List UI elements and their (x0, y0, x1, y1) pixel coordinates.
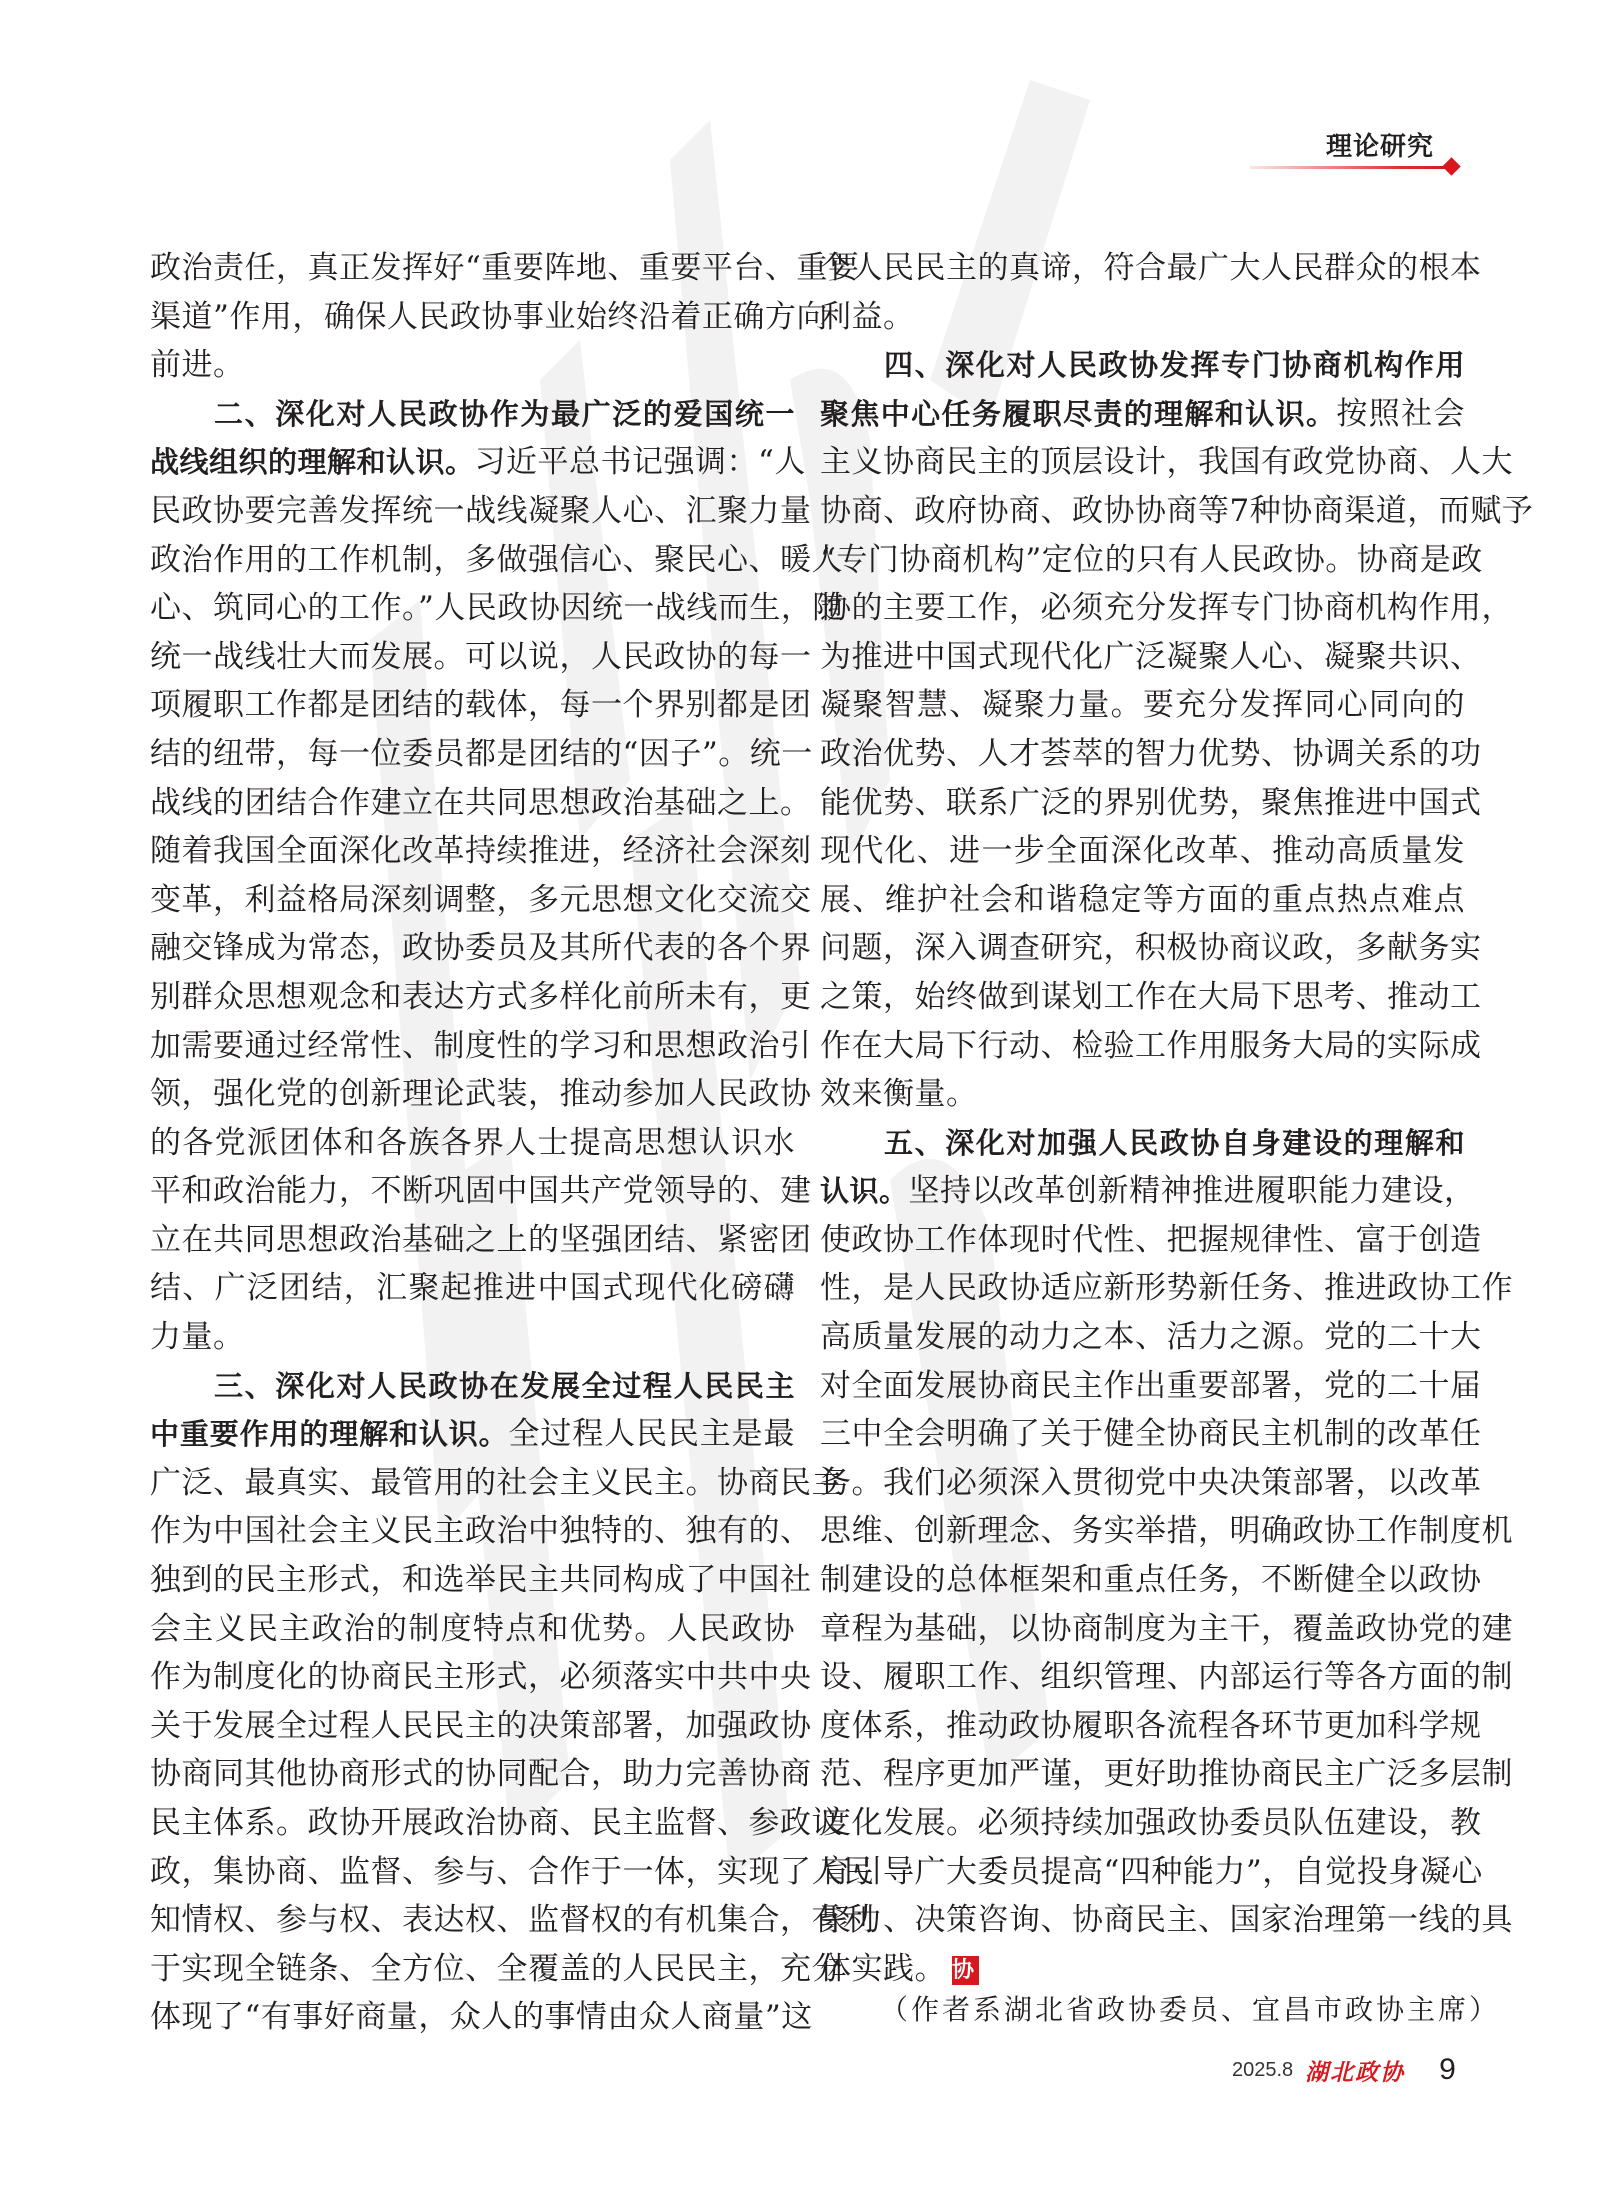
text-line: 随着我国全面深化改革持续推进，经济社会深刻 (150, 827, 795, 876)
section-header: 理论研究 (1250, 118, 1470, 178)
body-text: 个人民民主的真谛，符合最广大人民群众的根本 (820, 250, 1482, 286)
body-text: 融交锋成为常态，政协委员及其所代表的各个界 (150, 930, 812, 966)
text-line: 作为制度化的协商民主形式，必须落实中共中央 (150, 1653, 795, 1702)
text-line: 于实现全链条、全方位、全覆盖的人民民主，充分 (150, 1945, 795, 1994)
body-text: 作在大局下行动、检验工作用服务大局的实际成 (820, 1028, 1482, 1064)
section-heading: 二、深化对人民政协作为最广泛的爱国统一 (214, 397, 795, 431)
text-line: 性，是人民政协适应新形势新任务、推进政协工作 (820, 1264, 1465, 1313)
author-byline: （作者系湖北省政协委员、宜昌市政协主席） (880, 1988, 1500, 2028)
text-line: 现代化、进一步全面深化改革、推动高质量发 (820, 827, 1465, 876)
text-line: 平和政治能力，不断巩固中国共产党领导的、建 (150, 1167, 795, 1216)
body-text: 之策，始终做到谋划工作在大局下思考、推动工 (820, 979, 1482, 1015)
text-line: 育引导广大委员提高“四种能力”，自觉投身凝心 (820, 1848, 1465, 1897)
body-text: 效来衡量。 (820, 1076, 978, 1112)
body-text: 加需要通过经常性、制度性的学习和思想政治引 (150, 1028, 812, 1064)
text-line: 前进。 (150, 341, 795, 390)
text-line: 章程为基础，以协商制度为主干，覆盖政协党的建 (820, 1605, 1465, 1654)
end-mark-icon: 协 (952, 1956, 979, 1985)
text-line: 政，集协商、监督、参与、合作于一体，实现了人民 (150, 1848, 795, 1897)
text-line: 展、维护社会和谐稳定等方面的重点热点难点 (820, 876, 1465, 925)
body-text: 主义协商民主的顶层设计，我国有政党协商、人大 (820, 444, 1513, 480)
text-line: 设、履职工作、组织管理、内部运行等各方面的制 (820, 1653, 1465, 1702)
text-line: 作为中国社会主义民主政治中独特的、独有的、 (150, 1507, 795, 1556)
text-line: 范、程序更加严谨，更好助推协商民主广泛多层制 (820, 1750, 1465, 1799)
text-line: 结、广泛团结，汇聚起推进中国式现代化磅礴 (150, 1264, 795, 1313)
body-text: 设、履职工作、组织管理、内部运行等各方面的制 (820, 1659, 1513, 1695)
body-text: 力量。 (150, 1319, 245, 1355)
body-text: 思维、创新理念、务实举措，明确政协工作制度机 (820, 1513, 1513, 1549)
text-line: 政治责任，真正发挥好“重要阵地、重要平台、重要 (150, 244, 795, 293)
text-line: 战线组织的理解和认识。习近平总书记强调：“人 (150, 438, 795, 487)
text-line: 政治优势、人才荟萃的智力优势、协调关系的功 (820, 730, 1465, 779)
text-line: 聚力、决策咨询、协商民主、国家治理第一线的具 (820, 1896, 1465, 1945)
section-heading: 四、深化对人民政协发挥专门协商机构作用 (884, 348, 1465, 382)
text-line: 为推进中国式现代化广泛凝聚人心、凝聚共识、 (820, 633, 1465, 682)
body-text: 高质量发展的动力之本、活力之源。党的二十大 (820, 1319, 1482, 1355)
body-text: 章程为基础，以协商制度为主干，覆盖政协党的建 (820, 1611, 1513, 1647)
text-line: 融交锋成为常态，政协委员及其所代表的各个界 (150, 924, 795, 973)
text-line: 变革，利益格局深刻调整，多元思想文化交流交 (150, 876, 795, 925)
text-line: 之策，始终做到谋划工作在大局下思考、推动工 (820, 973, 1465, 1022)
body-text: 范、程序更加严谨，更好助推协商民主广泛多层制 (820, 1756, 1513, 1792)
text-line: 三中全会明确了关于健全协商民主机制的改革任 (820, 1410, 1465, 1459)
text-line: 关于发展全过程人民民主的决策部署，加强政协 (150, 1702, 795, 1751)
section-heading: 认识。 (820, 1174, 909, 1208)
body-text: 结的纽带，每一位委员都是团结的“因子”。统一 (150, 736, 813, 772)
body-text: 随着我国全面深化改革持续推进，经济社会深刻 (150, 833, 812, 869)
text-line: 渠道”作用，确保人民政协事业始终沿着正确方向 (150, 293, 795, 342)
text-line: 制建设的总体框架和重点任务，不断健全以政协 (820, 1556, 1465, 1605)
body-text: 作为中国社会主义民主政治中独特的、独有的、 (150, 1513, 812, 1549)
text-line: 别群众思想观念和表达方式多样化前所未有，更 (150, 973, 795, 1022)
text-line: 民主体系。政协开展政治协商、民主监督、参政议 (150, 1799, 795, 1848)
text-line: 使政协工作体现时代性、把握规律性、富于创造 (820, 1216, 1465, 1265)
text-line: 中重要作用的理解和认识。全过程人民民主是最 (150, 1410, 795, 1459)
body-text: 使政协工作体现时代性、把握规律性、富于创造 (820, 1222, 1482, 1258)
body-text: 立在共同思想政治基础之上的坚强团结、紧密团 (150, 1222, 812, 1258)
body-text: 民政协要完善发挥统一战线凝聚人心、汇聚力量 (150, 493, 812, 529)
body-text: 广泛、最真实、最管用的社会主义民主。协商民主 (150, 1465, 843, 1501)
body-text: 统一战线壮大而发展。可以说，人民政协的每一 (150, 639, 812, 675)
text-line: 心、筑同心的工作。”人民政协因统一战线而生，随 (150, 584, 795, 633)
body-text: 度体系，推动政协履职各流程各环节更加科学规 (820, 1708, 1482, 1744)
body-text: 协商同其他协商形式的协同配合，助力完善协商 (150, 1756, 812, 1792)
text-line: 力量。 (150, 1313, 795, 1362)
text-line: 二、深化对人民政协作为最广泛的爱国统一 (150, 390, 795, 439)
body-text: 性，是人民政协适应新形势新任务、推进政协工作 (820, 1270, 1513, 1306)
text-line: 三、深化对人民政协在发展全过程人民民主 (150, 1362, 795, 1411)
body-text: 制建设的总体框架和重点任务，不断健全以政协 (820, 1562, 1482, 1598)
section-heading: 聚焦中心任务履职尽责的理解和认识。 (820, 397, 1336, 431)
page-footer: 2025.8 湖北政协 9 (1232, 2050, 1456, 2090)
text-line: 效来衡量。 (820, 1070, 1465, 1119)
body-text: 聚力、决策咨询、协商民主、国家治理第一线的具 (820, 1902, 1513, 1938)
body-text: 政治责任，真正发挥好“重要阵地、重要平台、重要 (150, 250, 859, 286)
text-line: 战线的团结合作建立在共同思想政治基础之上。 (150, 779, 795, 828)
section-heading: 战线组织的理解和认识。 (150, 445, 475, 479)
text-line: 认识。坚持以改革创新精神推进履职能力建设， (820, 1167, 1465, 1216)
body-text: 前进。 (150, 347, 245, 383)
body-text: 三中全会明确了关于健全协商民主机制的改革任 (820, 1416, 1482, 1452)
body-text: 政治优势、人才荟萃的智力优势、协调关系的功 (820, 736, 1482, 772)
text-line: 能优势、联系广泛的界别优势，聚焦推进中国式 (820, 779, 1465, 828)
text-line: 作在大局下行动、检验工作用服务大局的实际成 (820, 1022, 1465, 1071)
body-text: 独到的民主形式，和选举民主共同构成了中国社 (150, 1562, 812, 1598)
body-text: 会主义民主政治的制度特点和优势。人民政协 (150, 1611, 795, 1647)
text-line: 协商、政府协商、政协协商等7种协商渠道，而赋予 (820, 487, 1465, 536)
text-line: 知情权、参与权、表达权、监督权的有机集合，有利 (150, 1896, 795, 1945)
text-line: 项履职工作都是团结的载体，每一个界别都是团 (150, 681, 795, 730)
body-text: 知情权、参与权、表达权、监督权的有机集合，有利 (150, 1902, 875, 1938)
section-title: 理论研究 (1326, 126, 1434, 163)
body-text: 作为制度化的协商民主形式，必须落实中共中央 (150, 1659, 812, 1695)
body-text: 全过程人民民主是最 (509, 1416, 796, 1452)
article-column-left: 政治责任，真正发挥好“重要阵地、重要平台、重要渠道”作用，确保人民政协事业始终沿… (150, 244, 795, 2042)
body-text: 坚持以改革创新精神推进履职能力建设， (909, 1173, 1476, 1209)
text-line: 统一战线壮大而发展。可以说，人民政协的每一 (150, 633, 795, 682)
text-line: 问题，深入调查研究，积极协商议政，多献务实 (820, 924, 1465, 973)
body-text: 协的主要工作，必须充分发挥专门协商机构作用， (820, 590, 1513, 626)
body-text: 问题，深入调查研究，积极协商议政，多献务实 (820, 930, 1482, 966)
body-text: 政，集协商、监督、参与、合作于一体，实现了人民 (150, 1854, 875, 1890)
section-heading: 五、深化对加强人民政协自身建设的理解和 (884, 1126, 1465, 1160)
text-line: 独到的民主形式，和选举民主共同构成了中国社 (150, 1556, 795, 1605)
body-text: 凝聚智慧、凝聚力量。要充分发挥同心同向的 (820, 687, 1465, 723)
body-text: 政治作用的工作机制，多做强信心、聚民心、暖人 (150, 542, 843, 578)
body-text: 度化发展。必须持续加强政协委员队伍建设，教 (820, 1805, 1482, 1841)
body-text: 关于发展全过程人民民主的决策部署，加强政协 (150, 1708, 812, 1744)
text-line: 个人民民主的真谛，符合最广大人民群众的根本 (820, 244, 1465, 293)
text-line: 思维、创新理念、务实举措，明确政协工作制度机 (820, 1507, 1465, 1556)
body-text: 按照社会 (1336, 396, 1465, 432)
body-text: 育引导广大委员提高“四种能力”，自觉投身凝心 (820, 1854, 1483, 1890)
body-text: 现代化、进一步全面深化改革、推动高质量发 (820, 833, 1465, 869)
issue-date: 2025.8 (1232, 2059, 1293, 2082)
text-line: 务。我们必须深入贯彻党中央决策部署，以改革 (820, 1459, 1465, 1508)
text-line: 对全面发展协商民主作出重要部署，党的二十届 (820, 1362, 1465, 1411)
body-text: 体实践。 (820, 1951, 946, 1987)
text-line: 四、深化对人民政协发挥专门协商机构作用 (820, 341, 1465, 390)
text-line: 广泛、最真实、最管用的社会主义民主。协商民主 (150, 1459, 795, 1508)
text-line: 会主义民主政治的制度特点和优势。人民政协 (150, 1605, 795, 1654)
body-text: 能优势、联系广泛的界别优势，聚焦推进中国式 (820, 785, 1482, 821)
text-line: 领，强化党的创新理论武装，推动参加人民政协 (150, 1070, 795, 1119)
text-line: 体实践。协 (820, 1945, 1465, 1994)
text-line: 民政协要完善发挥统一战线凝聚人心、汇聚力量 (150, 487, 795, 536)
text-line: 加需要通过经常性、制度性的学习和思想政治引 (150, 1022, 795, 1071)
body-text: 体现了“有事好商量，众人的事情由众人商量”这 (150, 1999, 813, 2035)
magazine-logo: 湖北政协 (1305, 2054, 1405, 2087)
section-rule-line (1250, 166, 1448, 169)
text-line: 结的纽带，每一位委员都是团结的“因子”。统一 (150, 730, 795, 779)
body-text: 平和政治能力，不断巩固中国共产党领导的、建 (150, 1173, 812, 1209)
body-text: 渠道”作用，确保人民政协事业始终沿着正确方向 (150, 299, 828, 335)
body-text: “专门协商机构”定位的只有人民政协。协商是政 (820, 542, 1483, 578)
text-line: 的各党派团体和各族各界人士提高思想认识水 (150, 1119, 795, 1168)
text-line: 度体系，推动政协履职各流程各环节更加科学规 (820, 1702, 1465, 1751)
body-text: 变革，利益格局深刻调整，多元思想文化交流交 (150, 882, 812, 918)
body-text: 利益。 (820, 299, 915, 335)
text-line: 主义协商民主的顶层设计，我国有政党协商、人大 (820, 438, 1465, 487)
text-line: 政治作用的工作机制，多做强信心、聚民心、暖人 (150, 536, 795, 585)
text-line: 度化发展。必须持续加强政协委员队伍建设，教 (820, 1799, 1465, 1848)
body-text: 结、广泛团结，汇聚起推进中国式现代化磅礴 (150, 1270, 795, 1306)
body-text: 战线的团结合作建立在共同思想政治基础之上。 (150, 785, 812, 821)
body-text: 心、筑同心的工作。”人民政协因统一战线而生，随 (150, 590, 844, 626)
text-line: 协商同其他协商形式的协同配合，助力完善协商 (150, 1750, 795, 1799)
body-text: 为推进中国式现代化广泛凝聚人心、凝聚共识、 (820, 639, 1482, 675)
body-text: 习近平总书记强调：“人 (475, 444, 806, 480)
body-text: 民主体系。政协开展政治协商、民主监督、参政议 (150, 1805, 843, 1841)
body-text: 领，强化党的创新理论武装，推动参加人民政协 (150, 1076, 812, 1112)
body-text: 于实现全链条、全方位、全覆盖的人民民主，充分 (150, 1951, 843, 1987)
text-line: 协的主要工作，必须充分发挥专门协商机构作用， (820, 584, 1465, 633)
body-text: 务。我们必须深入贯彻党中央决策部署，以改革 (820, 1465, 1482, 1501)
body-text: 展、维护社会和谐稳定等方面的重点热点难点 (820, 882, 1465, 918)
text-line: 立在共同思想政治基础之上的坚强团结、紧密团 (150, 1216, 795, 1265)
body-text: 对全面发展协商民主作出重要部署，党的二十届 (820, 1368, 1482, 1404)
text-line: 体现了“有事好商量，众人的事情由众人商量”这 (150, 1993, 795, 2042)
section-heading: 中重要作用的理解和认识。 (150, 1417, 509, 1451)
text-line: 聚焦中心任务履职尽责的理解和认识。按照社会 (820, 390, 1465, 439)
text-line: “专门协商机构”定位的只有人民政协。协商是政 (820, 536, 1465, 585)
body-text: 别群众思想观念和表达方式多样化前所未有，更 (150, 979, 812, 1015)
text-line: 五、深化对加强人民政协自身建设的理解和 (820, 1119, 1465, 1168)
article-column-right: 个人民民主的真谛，符合最广大人民群众的根本利益。四、深化对人民政协发挥专门协商机… (820, 244, 1465, 1993)
page-number: 9 (1439, 2053, 1456, 2087)
body-text: 项履职工作都是团结的载体，每一个界别都是团 (150, 687, 812, 723)
body-text: 协商、政府协商、政协协商等7种协商渠道，而赋予 (820, 493, 1533, 529)
diamond-icon (1442, 157, 1460, 175)
body-text: 的各党派团体和各族各界人士提高思想认识水 (150, 1125, 795, 1161)
text-line: 高质量发展的动力之本、活力之源。党的二十大 (820, 1313, 1465, 1362)
section-heading: 三、深化对人民政协在发展全过程人民民主 (214, 1369, 795, 1403)
text-line: 利益。 (820, 293, 1465, 342)
text-line: 凝聚智慧、凝聚力量。要充分发挥同心同向的 (820, 681, 1465, 730)
